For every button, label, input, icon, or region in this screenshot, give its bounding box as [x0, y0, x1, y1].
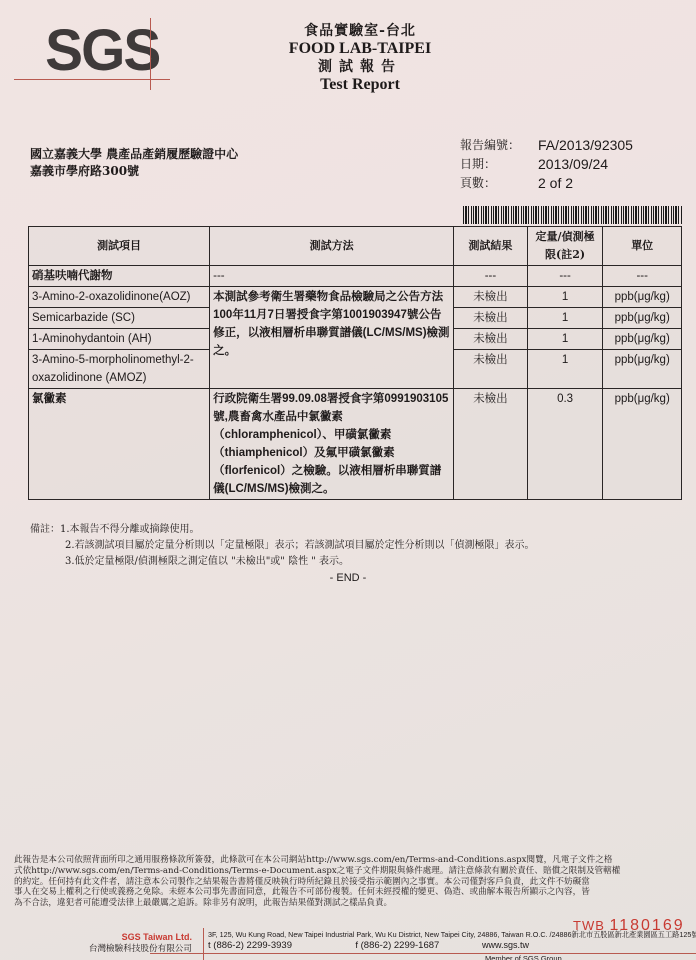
report-meta: 報告編號：FA/2013/92305 日期：2013/09/24 頁數：2 of… [460, 136, 633, 193]
method-cell: 行政院衛生署99.09.08署授食字第0991903105號,農畜禽水產品中氯黴… [210, 389, 454, 500]
result-cell: 未檢出 [454, 329, 528, 350]
note-item: 1.本報告不得分離或摘錄使用。 [60, 524, 200, 535]
unit-cell: ppb(μg/kg) [603, 389, 682, 500]
table-row: 氯黴素 行政院衛生署99.09.08署授食字第0991903105號,農畜禽水產… [29, 389, 682, 500]
item-cell: 3-Amino-5-morpholinomethyl-2-oxazolidino… [29, 350, 210, 389]
report-title-cn: 測試報告 [255, 58, 465, 76]
pages-label: 頁數： [460, 174, 538, 193]
notes: 備註：1.本報告不得分離或摘錄使用。 2.若該測試項目屬於定量分析則以「定量極限… [30, 522, 535, 570]
footer-address: 3F, 125, Wu Kung Road, New Taipei Indust… [208, 929, 696, 951]
lab-name-cn: 食品實驗室-台北 [255, 22, 465, 40]
footer-divider [203, 928, 204, 960]
disclaimer-text: 之電子文件期限與條件處理。請注意條款有關於責任、賠償之限制及管轄權 [337, 866, 621, 876]
limit-cell: 0.3 [527, 389, 603, 500]
result-cell: 未檢出 [454, 308, 528, 329]
report-date: 2013/09/24 [538, 155, 608, 174]
item-cell: 3-Amino-2-oxazolidinone(AOZ) [29, 287, 210, 308]
client-address: 嘉義市學府路300號 [30, 163, 238, 180]
method-cell: 本測試參考衛生署藥物食品檢驗局之公告方法100年11月7日署授食字第100190… [210, 287, 454, 389]
logo-divider [14, 79, 170, 80]
disclaimer: 此報告是本公司依照背面所印之通用服務條款所簽發，此條款可在本公司網站http:/… [14, 855, 686, 909]
item-cell: 硝基呋喃代謝物 [29, 266, 210, 287]
disclaimer-text: 為不合法，違犯者可能遭受法律上最嚴厲之追訴。除非另有說明，此報告結果僅對測試之樣… [14, 898, 686, 909]
page-count: 2 of 2 [538, 174, 573, 193]
result-cell: 未檢出 [454, 287, 528, 308]
col-header-limit: 定量/偵測極限(註2) [527, 227, 603, 266]
e-document-terms-link[interactable]: http://www.sgs.com/en/Terms-and-Conditio… [31, 866, 337, 876]
item-cell: Semicarbazide (SC) [29, 308, 210, 329]
disclaimer-text: 此報告是本公司依照背面所印之通用服務條款所簽發，此條款可在本公司網站 [14, 855, 306, 865]
disclaimer-text: 閱覽，凡電子文件之格 [526, 855, 612, 865]
result-cell: --- [454, 266, 528, 287]
terms-link[interactable]: http://www.sgs.com/en/Terms-and-Conditio… [306, 855, 526, 865]
method-cell: --- [210, 266, 454, 287]
client-name: 國立嘉義大學 農產品產銷履歷驗證中心 [30, 146, 238, 163]
note-item: 2.若該測試項目屬於定量分析則以「定量極限」表示；若該測試項目屬於定性分析則以「… [30, 538, 535, 554]
limit-cell: 1 [527, 287, 603, 308]
col-header-item: 測試項目 [29, 227, 210, 266]
date-label: 日期： [460, 155, 538, 174]
limit-cell: 1 [527, 308, 603, 329]
note-item: 3.低於定量極限/偵測極限之測定值以 "未檢出"或" 陰性 " 表示。 [30, 554, 535, 570]
table-row: 3-Amino-2-oxazolidinone(AOZ) 本測試參考衛生署藥物食… [29, 287, 682, 308]
disclaimer-text: 事人在交易上權利之行使或義務之免除。未經本公司事先書面同意，此報告不可部份複製。… [14, 887, 686, 898]
table-row: 硝基呋喃代謝物 --- --- --- --- [29, 266, 682, 287]
result-cell: 未檢出 [454, 350, 528, 389]
results-table: 測試項目 測試方法 測試結果 定量/偵測極限(註2) 單位 硝基呋喃代謝物 --… [28, 226, 682, 500]
end-marker: - END - [0, 572, 696, 584]
item-cell: 氯黴素 [29, 389, 210, 500]
sgs-logo: SGS [45, 22, 159, 80]
fax: f (886-2) 2299-1687 [355, 940, 439, 951]
unit-cell: --- [603, 266, 682, 287]
unit-cell: ppb(μg/kg) [603, 350, 682, 389]
table-header-row: 測試項目 測試方法 測試結果 定量/偵測極限(註2) 單位 [29, 227, 682, 266]
logo-divider [150, 18, 151, 90]
disclaimer-text: 的約定。任何持有此文件者，請注意本公司製作之結果報告書將僅反映執行時所紀錄且於接… [14, 877, 686, 888]
limit-cell: 1 [527, 350, 603, 389]
col-header-result: 測試結果 [454, 227, 528, 266]
lab-header: 食品實驗室-台北 FOOD LAB-TAIPEI 測試報告 Test Repor… [255, 22, 465, 94]
client-info: 國立嘉義大學 農產品產銷履歷驗證中心 嘉義市學府路300號 [30, 146, 238, 180]
lab-name-en: FOOD LAB-TAIPEI [255, 40, 465, 58]
report-title-en: Test Report [255, 76, 465, 94]
barcode [463, 206, 683, 224]
phone: t (886-2) 2299-3939 [208, 940, 292, 951]
col-header-method: 測試方法 [210, 227, 454, 266]
result-cell: 未檢出 [454, 389, 528, 500]
report-no: FA/2013/92305 [538, 136, 633, 155]
unit-cell: ppb(μg/kg) [603, 329, 682, 350]
disclaimer-text: 式依 [14, 866, 31, 876]
col-header-unit: 單位 [603, 227, 682, 266]
limit-cell: --- [527, 266, 603, 287]
footer-company: SGS Taiwan Ltd. 台灣檢驗科技股份有限公司 [70, 931, 192, 955]
item-cell: 1-Aminohydantoin (AH) [29, 329, 210, 350]
company-address: 3F, 125, Wu Kung Road, New Taipei Indust… [208, 929, 696, 940]
limit-cell: 1 [527, 329, 603, 350]
unit-cell: ppb(μg/kg) [603, 287, 682, 308]
report-no-label: 報告編號： [460, 136, 538, 155]
unit-cell: ppb(μg/kg) [603, 308, 682, 329]
notes-label: 備註： [30, 524, 60, 535]
footer-divider [150, 953, 696, 954]
website[interactable]: www.sgs.tw [482, 940, 529, 950]
member-of-group: Member of SGS Group [485, 954, 562, 960]
company-name-en: SGS Taiwan Ltd. [70, 931, 192, 943]
